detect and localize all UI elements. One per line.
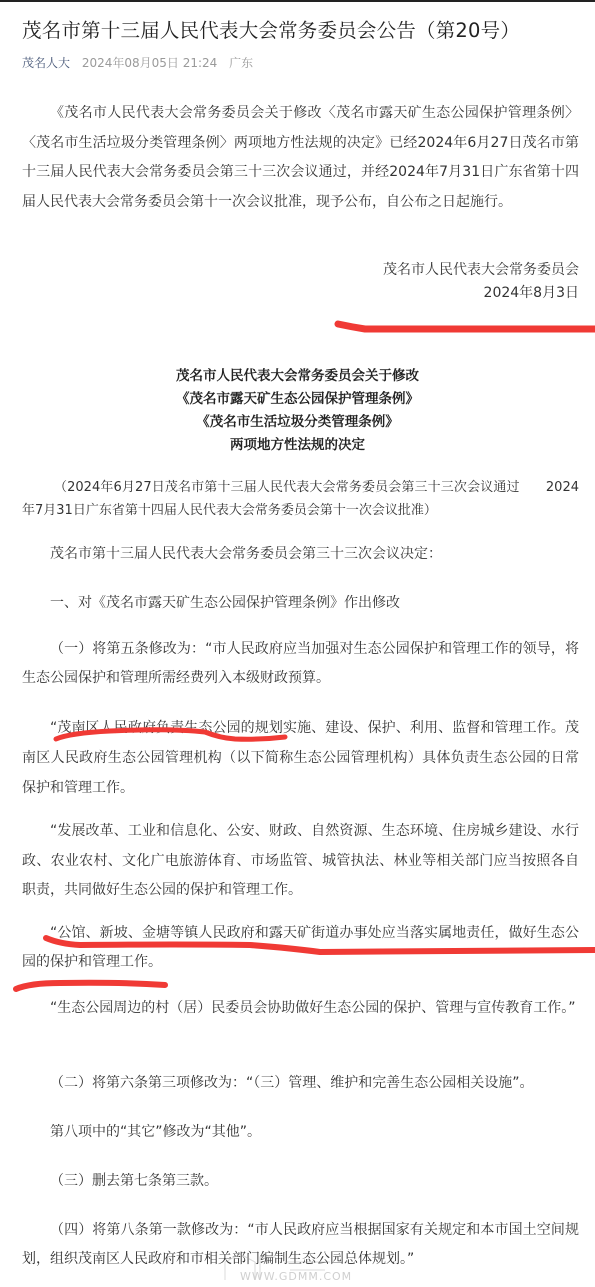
amendment-village-committees: “生态公园周边的村（居）民委员会协助做好生态公园的保护、管理与宣传教育工作。” bbox=[22, 994, 579, 1023]
source-link[interactable]: 茂名人大 bbox=[22, 56, 70, 70]
annotation-stroke-signature bbox=[338, 324, 595, 329]
amendment-item-8: 第八项中的“其它”修改为“其他”。 bbox=[50, 1122, 261, 1142]
amendment-departments: “发展改革、工业和信息化、公安、财政、自然资源、生态环境、住房城乡建设、水行政、… bbox=[22, 817, 579, 906]
intro-paragraph: 《茂名市人民代表大会常务委员会关于修改〈茂名市露天矿生态公园保护管理条例〉〈茂名… bbox=[22, 99, 579, 217]
article-title: 茂名市第十三届人民代表大会常务委员会公告（第20号） bbox=[22, 18, 587, 44]
decision-title-line-4: 两项地方性法规的决定 bbox=[0, 434, 595, 457]
top-border bbox=[0, 0, 595, 2]
amendment-article-6: （二）将第六条第三项修改为：“（三）管理、维护和完善生态公园相关设施”。 bbox=[50, 1073, 534, 1093]
adoption-note: （2024年6月27日茂名市第十三届人民代表大会常务委员会第三十三次会议通过 2… bbox=[22, 476, 579, 522]
decision-title-line-1: 茂名市人民代表大会常务委员会关于修改 bbox=[0, 365, 595, 388]
annotation-stroke-towns-second bbox=[16, 983, 165, 989]
watermark-text: WWW.GDMM.COM bbox=[240, 1270, 352, 1283]
amendment-article-7: （三）删去第七条第三款。 bbox=[50, 1171, 218, 1191]
decision-title-line-3: 《茂名市生活垃圾分类管理条例》 bbox=[0, 411, 595, 434]
signature-org: 茂名市人民代表大会常务委员会 bbox=[383, 259, 579, 281]
signature-date: 2024年8月3日 bbox=[484, 282, 579, 304]
publish-time: 2024年08月05日 21:24 bbox=[82, 56, 217, 70]
decision-title-line-2: 《茂名市露天矿生态公园保护管理条例》 bbox=[0, 388, 595, 411]
article-meta: 茂名人大 2024年08月05日 21:24 广东 bbox=[22, 55, 253, 71]
amendment-towns: “公馆、新坡、金塘等镇人民政府和露天矿街道办事处应当落实属地责任，做好生态公园的… bbox=[22, 919, 579, 977]
decision-preamble: 茂名市第十三届人民代表大会常务委员会第三十三次会议决定： bbox=[50, 544, 442, 564]
amendment-maonan-district: “茂南区人民政府负责生态公园的规划实施、建设、保护、利用、监督和管理工作。茂南区… bbox=[22, 713, 579, 803]
amendment-article-5: （一）将第五条修改为：“市人民政府应当加强对生态公园保护和管理工作的领导，将生态… bbox=[22, 635, 579, 693]
publish-location: 广东 bbox=[229, 56, 253, 70]
section-one-heading: 一、对《茂名市露天矿生态公园保护管理条例》作出修改 bbox=[50, 593, 400, 613]
